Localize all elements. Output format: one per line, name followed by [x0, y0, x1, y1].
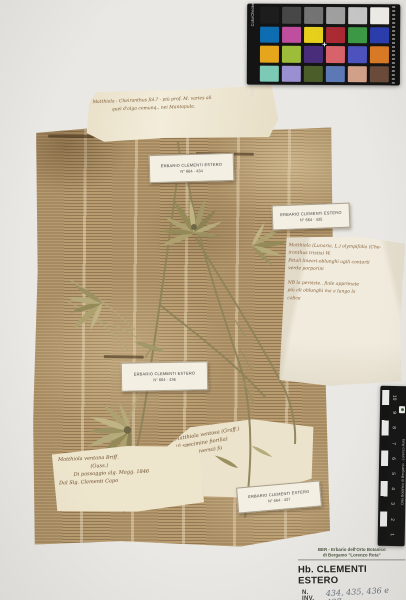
- bottom-left-annotation: Matthiola ventana Briff. (Guss.) Di pass…: [52, 443, 205, 515]
- ruler-number: 5: [389, 471, 398, 477]
- ruler-number: 9: [390, 410, 399, 416]
- color-patch: [348, 7, 367, 24]
- herbarium-stamp: Hb. CLEMENTI ESTERO: [298, 563, 406, 586]
- color-patch: [348, 46, 367, 63]
- label-number: N° 664 · 437: [268, 497, 291, 503]
- label-number: N° 664 · 435: [300, 217, 323, 222]
- colorchecker-brand-strip: ColorChecker x-rite: [247, 4, 258, 85]
- color-patch: [304, 46, 323, 63]
- ruler-numbers: 10 9 8 7 6 5 4 3 2 1: [388, 390, 400, 542]
- color-patch: [326, 66, 345, 83]
- label-institution: ERBARIO CLEMENTI ESTERO: [280, 210, 342, 217]
- color-patch: [282, 65, 301, 82]
- color-patch: [260, 65, 279, 82]
- herbarium-label: ERBARIO CLEMENTI ESTERO N° 664 · 436: [121, 361, 208, 392]
- color-patch: [370, 66, 389, 83]
- label-institution: ERBARIO CLEMENTI ESTERO: [134, 371, 196, 377]
- color-patch-grid: +: [258, 4, 391, 86]
- color-patch: [326, 7, 345, 24]
- right-annotation: Matthiola (Lunaria, L.) olympifolia (Che…: [279, 234, 405, 387]
- ruler-number: 4: [388, 486, 397, 492]
- label-institution: ERBARIO CLEMENTI ESTERO: [161, 162, 223, 168]
- ruler-number: 7: [389, 440, 398, 446]
- color-patch: [370, 46, 389, 63]
- color-patch: [326, 27, 345, 44]
- label-number: N° 664 · 436: [153, 377, 176, 382]
- color-patch: [304, 26, 323, 43]
- color-patch: [282, 26, 301, 43]
- inventory-number: N. INV. 434, 435, 436 e 437: [298, 587, 406, 600]
- stamp-block: BER - Erbario dell'Orto Botanico di Berg…: [298, 547, 406, 600]
- stamp-line: di Bergamo "Lorenzo Rota": [298, 553, 406, 559]
- color-patch: [326, 46, 345, 63]
- color-patch: [370, 27, 389, 44]
- ruler-number: 8: [390, 425, 399, 431]
- color-patch: [370, 7, 389, 24]
- label-number: N° 664 · 434: [180, 168, 203, 173]
- inventory-value: 434, 435, 436 e 437: [325, 585, 406, 600]
- herbarium-label: ERBARIO CLEMENTI ESTERO N° 664 · 434: [149, 153, 235, 183]
- herbarium-label: ERBARIO CLEMENTI ESTERO N° 664 · 435: [272, 203, 351, 231]
- color-patch: [260, 46, 279, 63]
- color-patch: [304, 65, 323, 82]
- color-patch: [282, 46, 301, 63]
- ruler-caption: Orto Botanico di Bergamo · Lorenzo Rota: [400, 437, 404, 505]
- color-patch: [304, 7, 323, 24]
- ruler-number: 2: [388, 516, 397, 522]
- card-edge-ruler: [391, 4, 400, 85]
- ruler-number: 3: [388, 501, 397, 507]
- museum-logo-icon: [399, 406, 405, 413]
- newsprint-headline: [48, 135, 94, 138]
- xrite-logo-label: x-rite: [250, 87, 255, 96]
- color-patch: [282, 7, 301, 24]
- newsprint-headline: [104, 355, 144, 358]
- colorchecker-brand-label: ColorChecker: [250, 2, 255, 26]
- color-patch: [260, 26, 279, 43]
- color-patch: [348, 66, 367, 83]
- color-patch: [348, 27, 367, 44]
- inventory-label: N. INV.: [302, 590, 323, 600]
- scale-ruler: 10 9 8 7 6 5 4 3 2 1 Orto Botanico di Be…: [378, 386, 406, 546]
- ruler-number: 6: [389, 456, 398, 462]
- ruler-number: 1: [388, 532, 397, 538]
- color-patch: [260, 7, 279, 24]
- ruler-number: 10: [390, 395, 399, 401]
- color-checker-card: ColorChecker x-rite +: [247, 4, 400, 86]
- registration-cross-icon: +: [322, 40, 327, 49]
